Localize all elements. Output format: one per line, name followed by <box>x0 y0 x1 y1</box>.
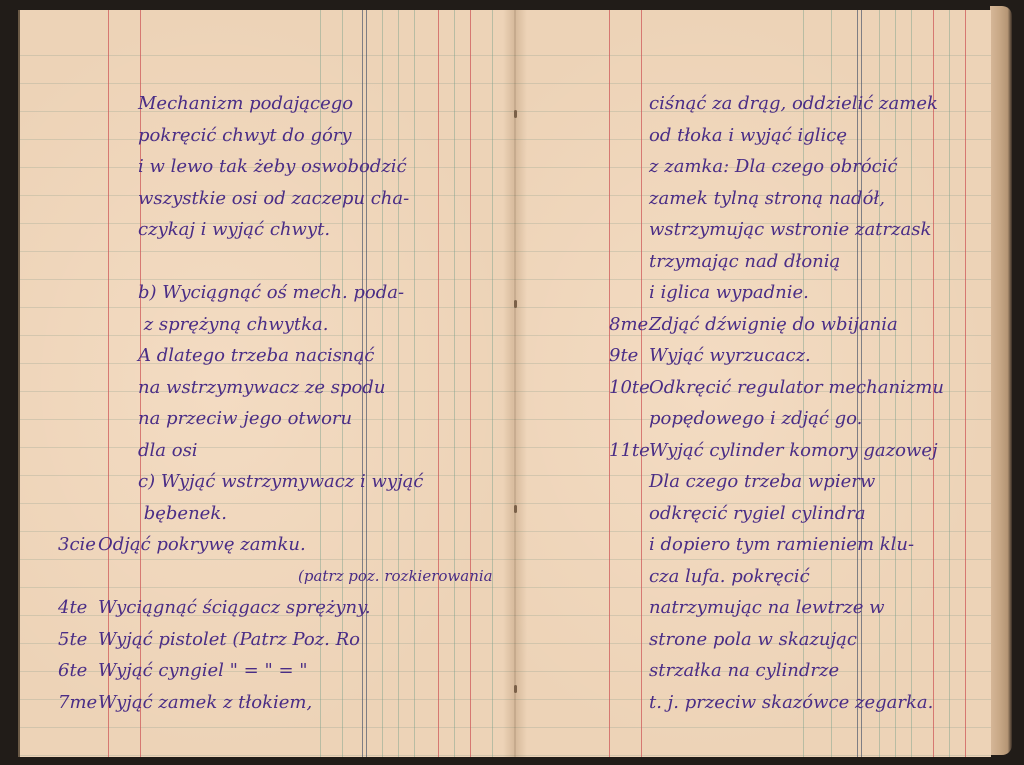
text-line: strzałka na cylindrze <box>609 655 944 687</box>
binding-stitch <box>514 300 517 308</box>
text-line: 7meWyjąć zamek z tłokiem, <box>58 687 493 719</box>
text-line: 9teWyjąć wyrzucacz. <box>609 340 944 372</box>
binding-gutter <box>503 10 527 757</box>
text-line: odkręcić rygiel cylindra <box>609 498 944 530</box>
text-line: wszystkie osi od zaczepu cha- <box>98 183 493 215</box>
text-line: (patrz poz. rozkierowania <box>98 561 493 593</box>
text-line: ciśnąć za drąg, oddzielić zamek <box>609 88 944 120</box>
binding-stitch <box>514 505 517 513</box>
column-line <box>949 10 950 757</box>
left-page-text: Mechanizm podającego pokręcić chwyt do g… <box>98 88 493 718</box>
text-line: od tłoka i wyjąć iglicę <box>609 120 944 152</box>
binding-stitch <box>514 110 517 118</box>
text-line: A dlatego trzeba nacisnąć <box>98 340 493 372</box>
text-line: bębenek. <box>98 498 493 530</box>
text-line: czykaj i wyjąć chwyt. <box>98 214 493 246</box>
text-line: 3cieOdjąć pokrywę zamku. <box>58 529 493 561</box>
text-line: b) Wyciągnąć oś mech. poda- <box>98 277 493 309</box>
text-line: 4teWyciągnąć ściągacz sprężyny. <box>58 592 493 624</box>
text-line: wstrzymując wstronie zatrzask <box>609 214 944 246</box>
text-line: na przeciw jego otworu <box>98 403 493 435</box>
text-line: i iglica wypadnie. <box>609 277 944 309</box>
text-line: natrzymując na lewtrze w <box>609 592 944 624</box>
text-line: z zamka: Dla czego obrócić <box>609 151 944 183</box>
text-line: 5teWyjąć pistolet (Patrz Poz. Ro <box>58 624 493 656</box>
text-line: na wstrzymywacz ze spodu <box>98 372 493 404</box>
text-line: strone pola w skazując <box>609 624 944 656</box>
text-line: cza lufa. pokręcić <box>609 561 944 593</box>
text-line: dla osi <box>98 435 493 467</box>
text-line: 8meZdjąć dźwignię do wbijania <box>609 309 944 341</box>
text-line: Dla czego trzeba wpierw <box>609 466 944 498</box>
text-line: Mechanizm podającego <box>98 88 493 120</box>
binding-stitch <box>514 685 517 693</box>
text-line: 10teOdkręcić regulator mechanizmu <box>609 372 944 404</box>
page-edges <box>990 6 1012 755</box>
column-line <box>965 10 966 757</box>
text-line: i w lewo tak żeby oswobodzić <box>98 151 493 183</box>
text-line: t. j. przeciw skazówce zegarka. <box>609 687 944 719</box>
text-line: i dopiero tym ramieniem klu- <box>609 529 944 561</box>
text-line: popędowego i zdjąć go. <box>609 403 944 435</box>
text-line: 6teWyjąć cyngiel " = " = " <box>58 655 493 687</box>
text-line: pokręcić chwyt do góry <box>98 120 493 152</box>
text-line: c) Wyjąć wstrzymywacz i wyjąć <box>98 466 493 498</box>
text-line: z sprężyną chwytka. <box>98 309 493 341</box>
text-line <box>98 246 493 278</box>
left-page: Mechanizm podającego pokręcić chwyt do g… <box>18 10 515 757</box>
text-line: 11teWyjąć cylinder komory gazowej <box>609 435 944 467</box>
right-page-text: ciśnąć za drąg, oddzielić zamek od tłoka… <box>609 88 944 718</box>
text-line: zamek tylną stroną nadół, <box>609 183 944 215</box>
text-line: trzymając nad dłonią <box>609 246 944 278</box>
right-page: ciśnąć za drąg, oddzielić zamek od tłoka… <box>513 10 991 757</box>
notebook-spread: Mechanizm podającego pokręcić chwyt do g… <box>0 0 1024 765</box>
